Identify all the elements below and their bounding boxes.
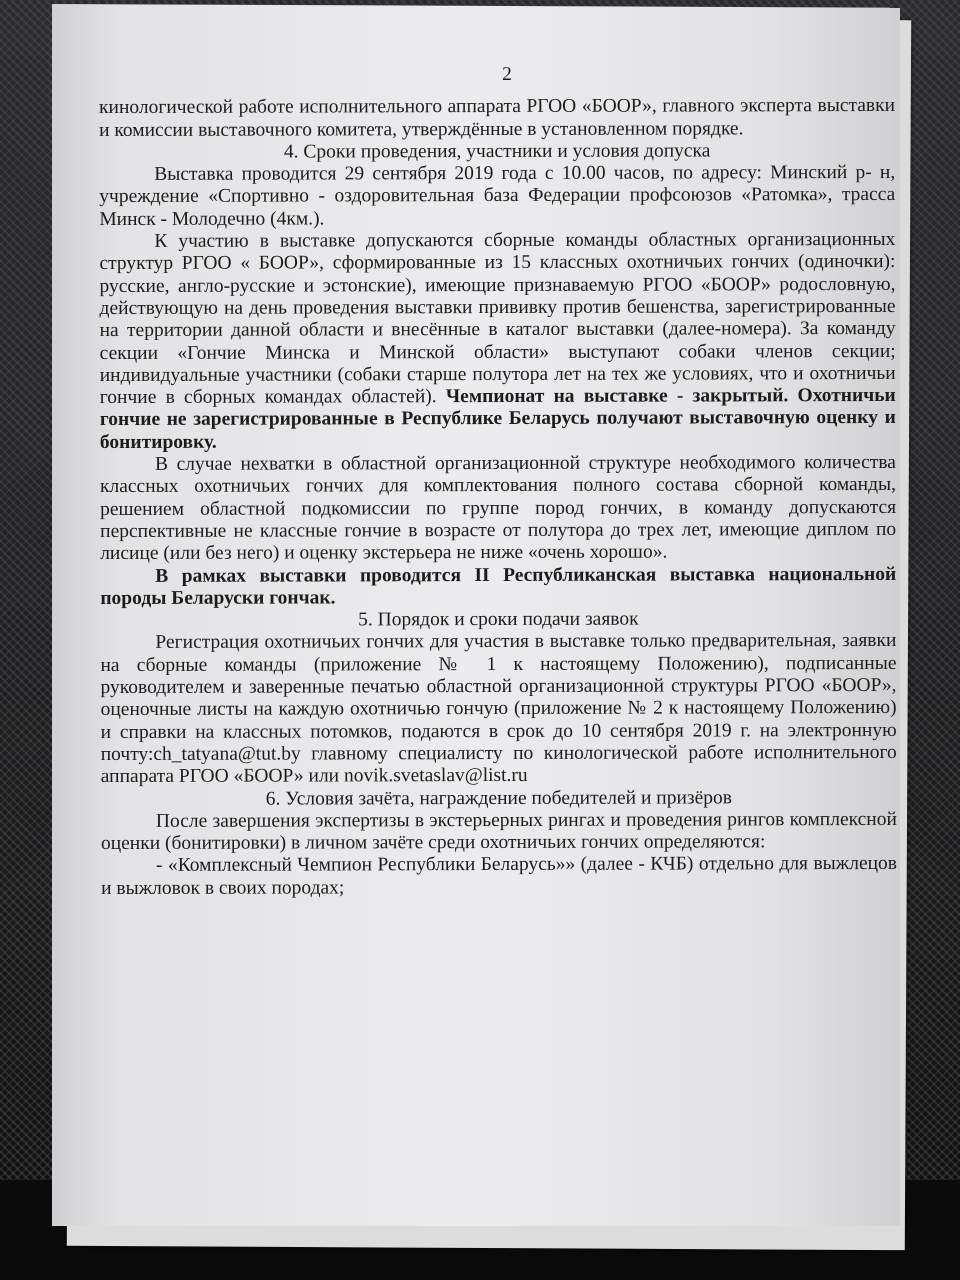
section-heading-6: 6. Условия зачёта, награждение победител… [101, 786, 897, 810]
document-body: 2 кинологической работе исполнительного … [99, 63, 897, 900]
paragraph-date-location: Выставка проводится 29 сентября 2019 год… [99, 162, 895, 231]
paragraph-participants: К участию в выставке допускаются сборные… [99, 229, 896, 454]
paragraph-scoring: После завершения экспертизы в экстерьерн… [101, 809, 897, 856]
paragraph-continuation: кинологической работе исполнительного ап… [99, 95, 895, 142]
section-heading-4: 4. Сроки проведения, участники и условия… [99, 140, 895, 164]
participants-text: К участию в выставке допускаются сборные… [99, 229, 895, 408]
paragraph-national-breed: В рамках выставки проводится II Республи… [100, 563, 896, 610]
national-breed-note: В рамках выставки проводится II Республи… [100, 563, 896, 608]
paragraph-shortage: В случае нехватки в областной организаци… [100, 452, 896, 566]
list-item-champion: - «Комплексный Чемпион Республики Белару… [101, 853, 897, 900]
section-heading-5: 5. Порядок и сроки подачи заявок [100, 608, 896, 632]
page-number: 2 [99, 63, 895, 87]
paragraph-registration: Регистрация охотничьих гончих для участи… [100, 630, 896, 788]
